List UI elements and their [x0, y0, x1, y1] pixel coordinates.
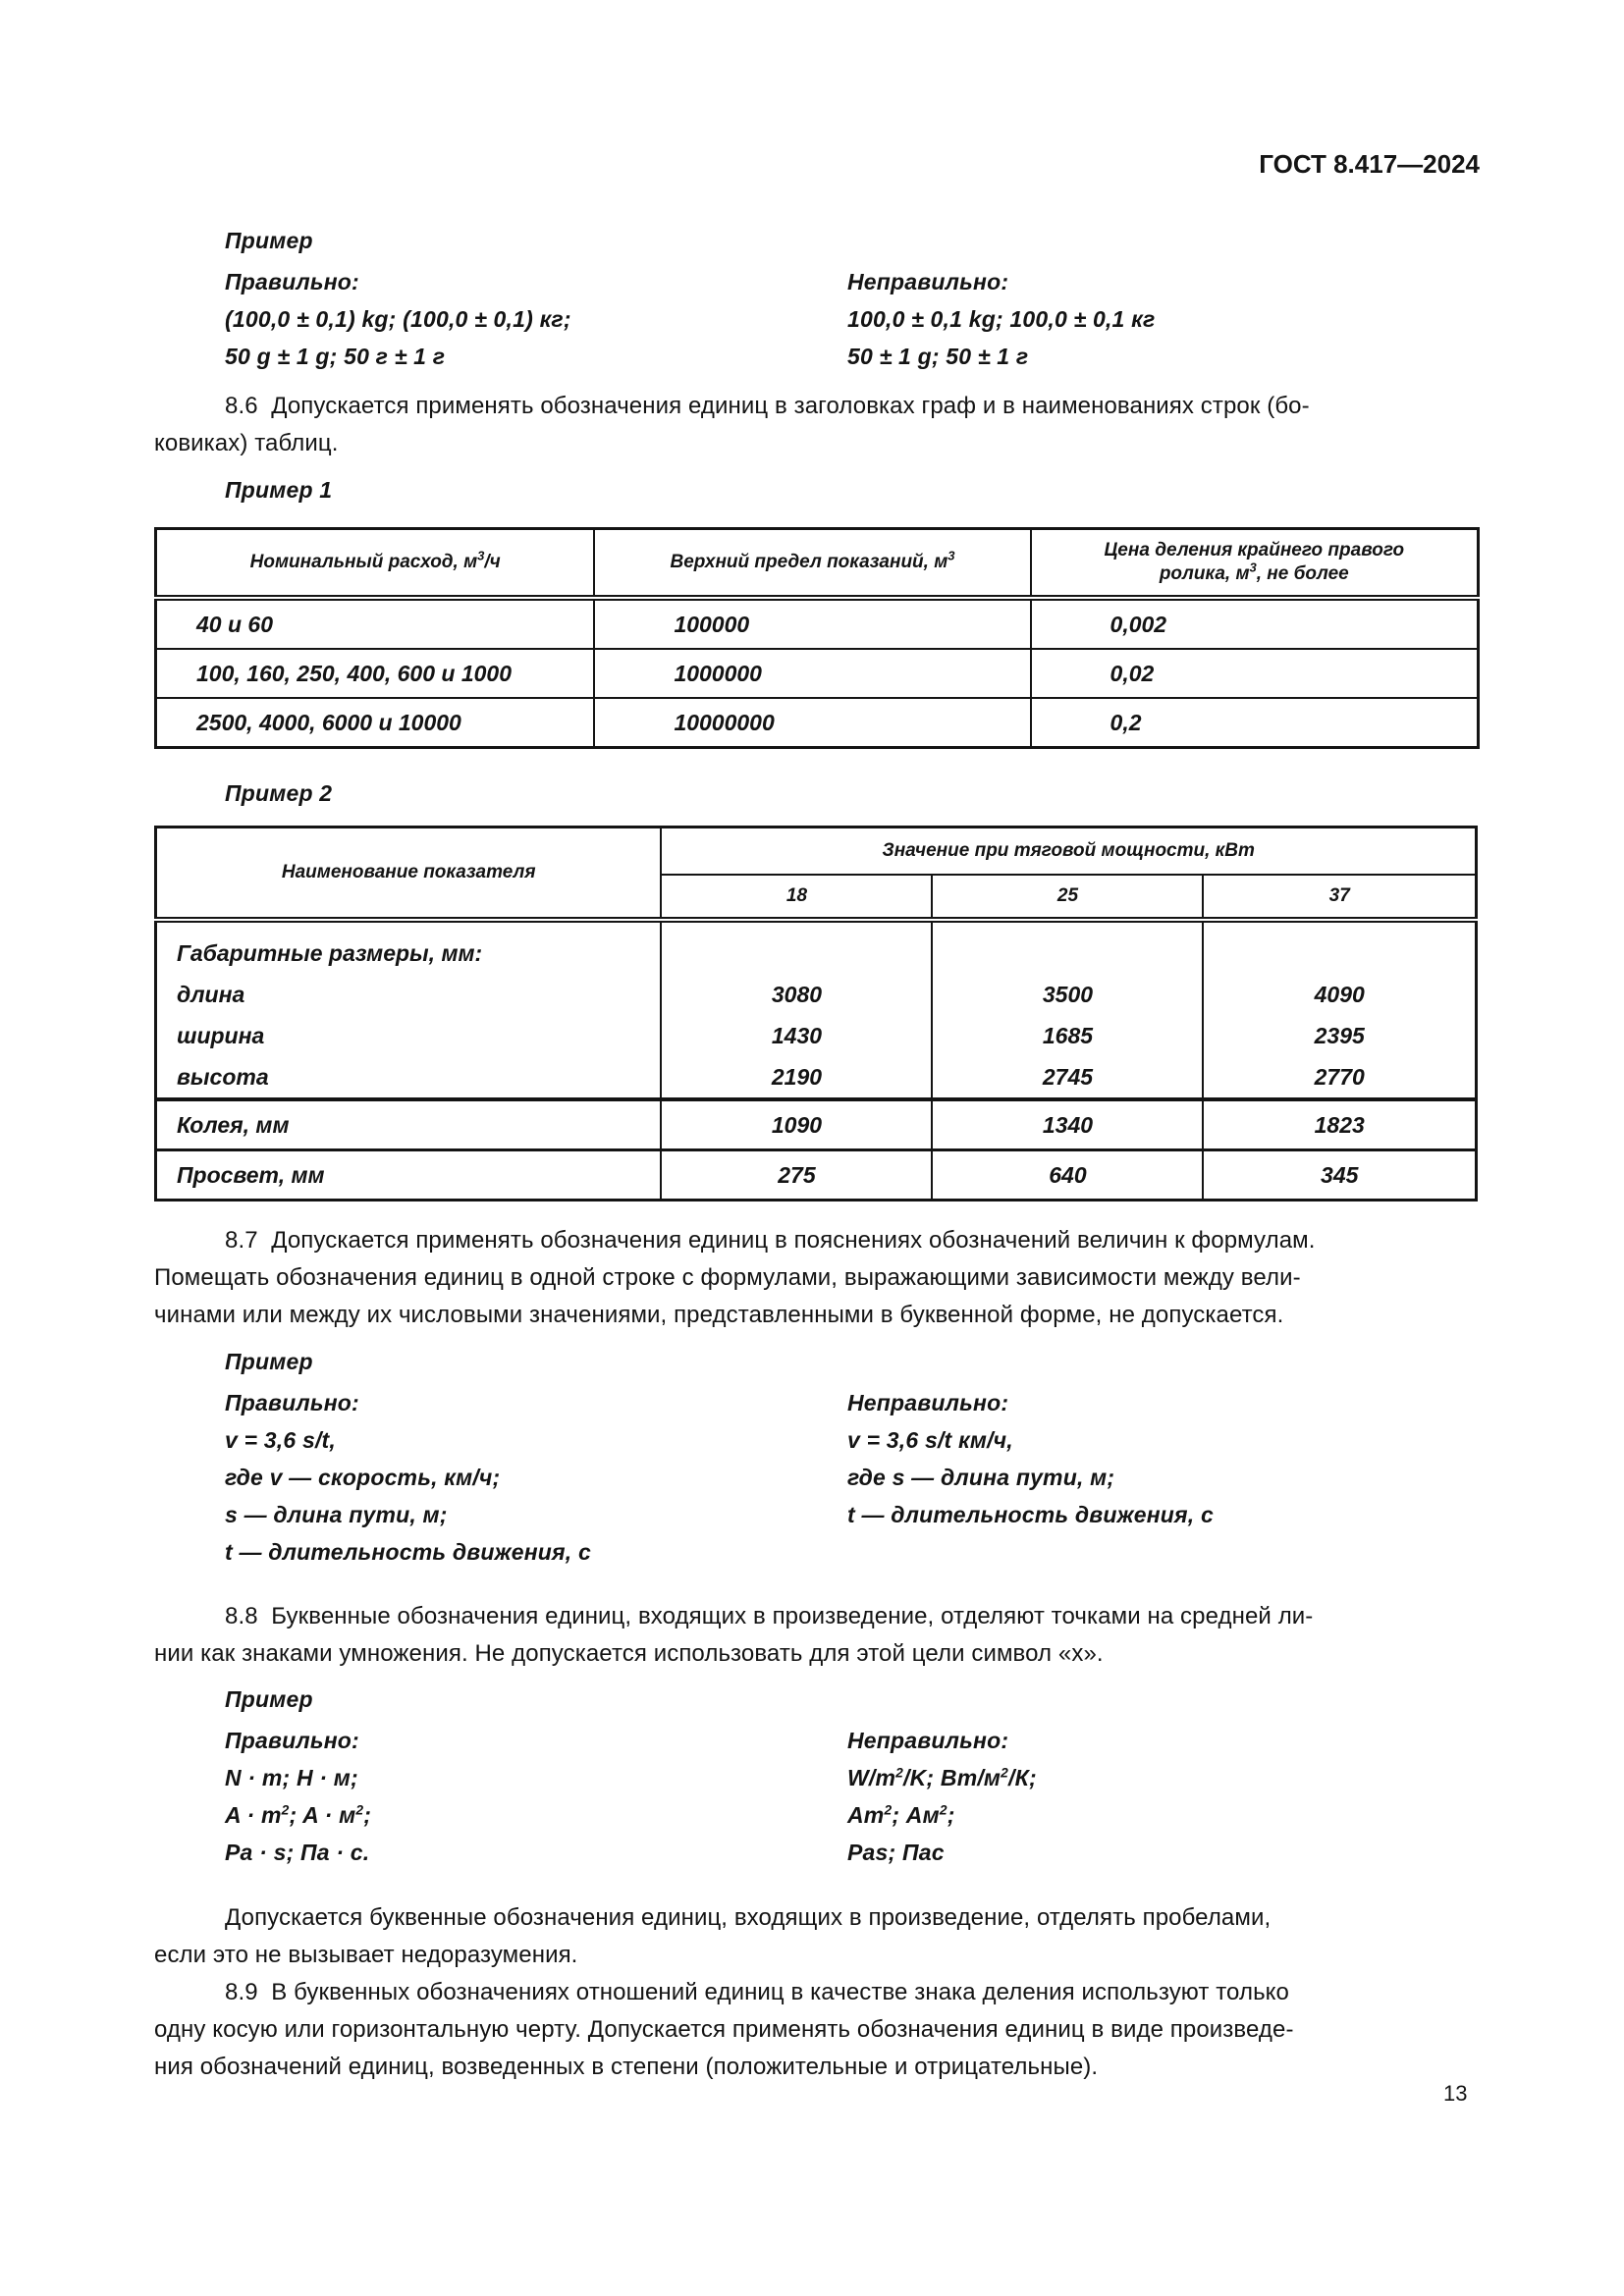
table-row: 100, 160, 250, 400, 600 и 1000 1000000 0…	[156, 649, 1479, 698]
section-text: В буквенных обозначениях отношений едини…	[271, 1979, 1289, 2005]
row-label: длина	[177, 974, 660, 1015]
paragraph-line: Допускается буквенные обозначения единиц…	[225, 1899, 1271, 1937]
correct-line: Pa · s; Па · с.	[225, 1840, 369, 1866]
section-number: 8.9	[225, 1979, 258, 2005]
example-title: Пример	[225, 1686, 313, 1713]
flow-meter-table: Номинальный расход, м3/ч Верхний предел …	[154, 527, 1480, 749]
incorrect-line: Am2; Ам2;	[847, 1802, 955, 1829]
table-cell: 0,002	[1031, 598, 1479, 649]
column-header-name: Наименование показателя	[156, 828, 662, 921]
value-cell: 345	[1203, 1150, 1476, 1201]
table-cell: 10000000	[594, 698, 1030, 748]
value-cell: 1090	[661, 1099, 932, 1150]
group-label-cell: Габаритные размеры, мм: длина ширина выс…	[156, 920, 662, 1099]
section-8-9-line: 8.9 В буквенных обозначениях отношений е…	[225, 1974, 1289, 2011]
table-row: Колея, мм 1090 1340 1823	[156, 1099, 1477, 1150]
table-cell: 0,2	[1031, 698, 1479, 748]
incorrect-line: t — длительность движения, с	[847, 1502, 1214, 1528]
table-cell: 0,02	[1031, 649, 1479, 698]
section-8-9-line: ния обозначений единиц, возведенных в ст…	[154, 2049, 1098, 2086]
table-row-group: Габаритные размеры, мм: длина ширина выс…	[156, 920, 1477, 1099]
correct-line: N · m; H · м;	[225, 1765, 358, 1791]
incorrect-label: Неправильно:	[847, 1728, 1008, 1754]
section-8-6-line: 8.6 Допускается применять обозначения ед…	[225, 388, 1310, 425]
correct-line: A · m2; A · м2;	[225, 1802, 371, 1829]
section-8-7-line: Помещать обозначения единиц в одной стро…	[154, 1259, 1301, 1297]
section-8-9-line: одну косую или горизонтальную черту. Доп…	[154, 2011, 1294, 2049]
value-cell: 3080 1430 2190	[661, 920, 932, 1099]
value-cell: 640	[932, 1150, 1203, 1201]
incorrect-line: 50 ± 1 g; 50 ± 1 г	[847, 344, 1028, 370]
correct-line: v = 3,6 s/t,	[225, 1427, 336, 1454]
row-label: ширина	[177, 1015, 660, 1056]
paragraph-line: если это не вызывает недоразумения.	[154, 1937, 577, 1974]
section-8-8-line: нии как знаками умножения. Не допускаетс…	[154, 1635, 1104, 1673]
correct-line: где v — скорость, км/ч;	[225, 1465, 500, 1491]
table-row: 2500, 4000, 6000 и 10000 10000000 0,2	[156, 698, 1479, 748]
value-cell: 1340	[932, 1099, 1203, 1150]
section-text: Буквенные обозначения единиц, входящих в…	[271, 1603, 1313, 1629]
power-column-header: 37	[1203, 875, 1476, 920]
document-code: ГОСТ 8.417—2024	[1203, 149, 1480, 180]
power-column-header: 18	[661, 875, 932, 920]
page-number: 13	[1443, 2081, 1467, 2107]
section-8-7-line: чинами или между их числовыми значениями…	[154, 1297, 1283, 1334]
section-8-6-line: ковиках) таблиц.	[154, 425, 338, 462]
correct-line: s — длина пути, м;	[225, 1502, 448, 1528]
example-title: Пример	[225, 1349, 313, 1375]
correct-line: 50 g ± 1 g; 50 г ± 1 г	[225, 344, 445, 370]
value-cell: 3500 1685 2745	[932, 920, 1203, 1099]
row-label: Колея, мм	[156, 1099, 662, 1150]
group-label: Габаритные размеры, мм:	[177, 933, 660, 974]
correct-line: t — длительность движения, с	[225, 1539, 591, 1566]
table-row: Просвет, мм 275 640 345	[156, 1150, 1477, 1201]
column-header: Верхний предел показаний, м3	[594, 529, 1030, 599]
example-title: Пример 2	[225, 780, 332, 807]
table-cell: 2500, 4000, 6000 и 10000	[156, 698, 595, 748]
incorrect-label: Неправильно:	[847, 269, 1008, 295]
tractor-specs-table: Наименование показателя Значение при тяг…	[154, 826, 1478, 1201]
power-column-header: 25	[932, 875, 1203, 920]
row-label: высота	[177, 1056, 660, 1097]
value-cell: 275	[661, 1150, 932, 1201]
incorrect-label: Неправильно:	[847, 1390, 1008, 1416]
table-cell: 40 и 60	[156, 598, 595, 649]
section-8-8-line: 8.8 Буквенные обозначения единиц, входящ…	[225, 1598, 1313, 1635]
column-header-group: Значение при тяговой мощности, кВт	[661, 828, 1476, 876]
incorrect-line: где s — длина пути, м;	[847, 1465, 1114, 1491]
section-number: 8.7	[225, 1227, 258, 1254]
table-cell: 100000	[594, 598, 1030, 649]
correct-label: Правильно:	[225, 1728, 359, 1754]
value-cell: 1823	[1203, 1099, 1476, 1150]
incorrect-line: 100,0 ± 0,1 kg; 100,0 ± 0,1 кг	[847, 306, 1155, 333]
incorrect-line: Pas; Пас	[847, 1840, 945, 1866]
incorrect-line: W/m2/K; Вт/м2/К;	[847, 1765, 1037, 1791]
section-number: 8.8	[225, 1603, 258, 1629]
table-header-row: Наименование показателя Значение при тяг…	[156, 828, 1477, 876]
correct-label: Правильно:	[225, 1390, 359, 1416]
column-header: Номинальный расход, м3/ч	[156, 529, 595, 599]
example-title: Пример 1	[225, 477, 332, 504]
section-number: 8.6	[225, 393, 258, 419]
table-cell: 100, 160, 250, 400, 600 и 1000	[156, 649, 595, 698]
section-text: Допускается применять обозначения единиц…	[271, 1227, 1315, 1254]
table-row: 40 и 60 100000 0,002	[156, 598, 1479, 649]
column-header: Цена деления крайнего правогоролика, м3,…	[1031, 529, 1479, 599]
incorrect-line: v = 3,6 s/t км/ч,	[847, 1427, 1013, 1454]
row-label: Просвет, мм	[156, 1150, 662, 1201]
correct-line: (100,0 ± 0,1) kg; (100,0 ± 0,1) кг;	[225, 306, 571, 333]
table-header-row: Номинальный расход, м3/ч Верхний предел …	[156, 529, 1479, 599]
section-text: Допускается применять обозначения единиц…	[271, 393, 1309, 419]
correct-label: Правильно:	[225, 269, 359, 295]
value-cell: 4090 2395 2770	[1203, 920, 1476, 1099]
table-cell: 1000000	[594, 649, 1030, 698]
example-title: Пример	[225, 228, 313, 254]
section-8-7-line: 8.7 Допускается применять обозначения ед…	[225, 1222, 1316, 1259]
